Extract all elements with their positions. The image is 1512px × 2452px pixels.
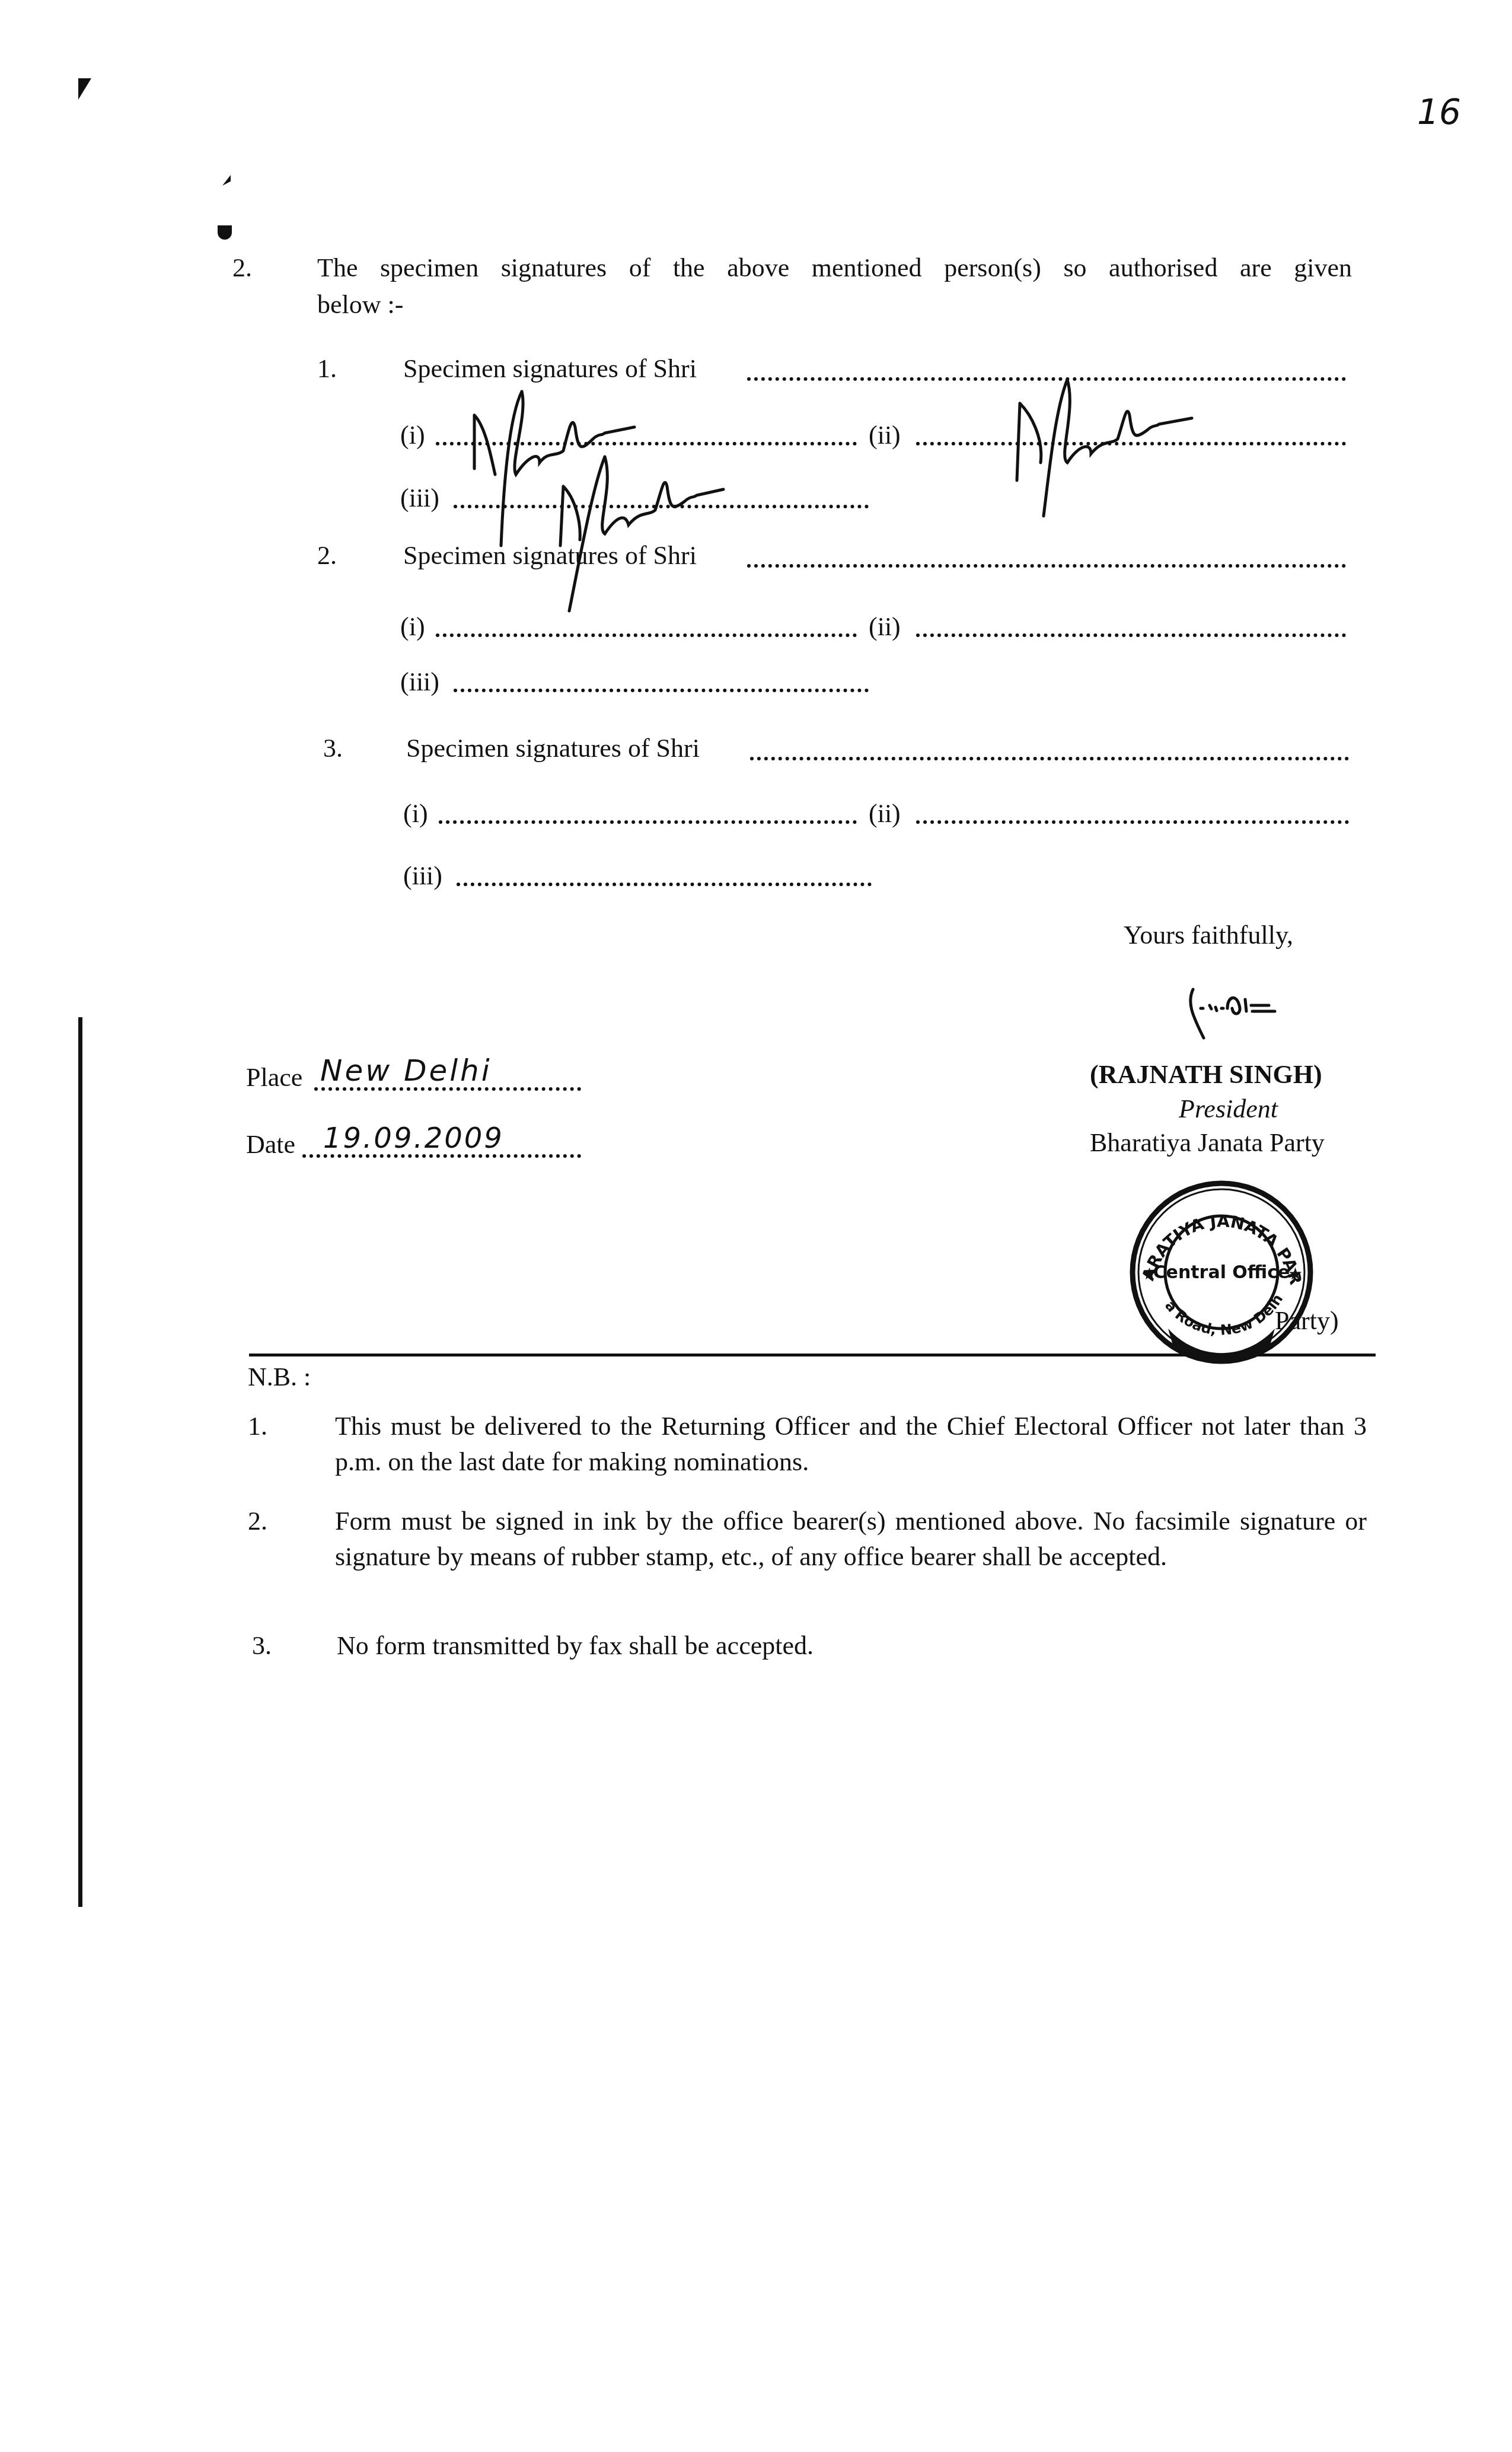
page-number: 16 — [1417, 92, 1461, 132]
specimen-3-slot-i-field[interactable] — [439, 820, 857, 824]
specimen-2-slot-iii-label: (iii) — [400, 669, 439, 695]
signatory-title: President — [1179, 1096, 1278, 1122]
specimen-2-slot-iii-field[interactable] — [454, 689, 869, 692]
specimen-3-slot-iii-field[interactable] — [457, 883, 872, 886]
scan-mark — [78, 78, 91, 100]
place-label: Place — [246, 1065, 302, 1091]
specimen-3-slot-i-label: (i) — [403, 801, 428, 827]
scan-mark — [222, 175, 231, 186]
intro-line-1: The specimen signatures of the above men… — [317, 255, 1352, 281]
party-seal-stamp: BHARATIYA JANATA PARTY 11, Ashoka Road, … — [1127, 1177, 1316, 1367]
specimen-3-label: Specimen signatures of Shri — [406, 735, 700, 762]
date-value: 19.09.2009 — [323, 1124, 504, 1152]
specimen-3-slot-ii-label: (ii) — [869, 801, 901, 827]
nb-item-1-number: 1. — [248, 1409, 267, 1444]
specimen-2-slot-i-field[interactable] — [436, 633, 857, 637]
stamp-center: Central Office — [1153, 1262, 1290, 1283]
nb-item-3-number: 3. — [252, 1628, 272, 1664]
nb-item-2-text: Form must be signed in ink by the office… — [335, 1504, 1367, 1575]
specimen-2-slot-ii-field[interactable] — [916, 633, 1346, 637]
star-icon: ★ — [1288, 1264, 1303, 1284]
specimen-2-name-field[interactable] — [747, 564, 1346, 568]
specimen-1-slot-iii-label: (iii) — [400, 485, 439, 511]
scan-edge-line — [78, 1017, 82, 1907]
signature-1-iii — [546, 451, 783, 617]
specimen-2-slot-ii-label: (ii) — [869, 614, 901, 640]
specimen-3-slot-ii-field[interactable] — [916, 820, 1349, 824]
nb-item-1-text: This must be delivered to the Returning … — [335, 1409, 1367, 1480]
specimen-2-number: 2. — [317, 543, 337, 569]
nb-heading: N.B. : — [248, 1364, 311, 1390]
specimen-1-slot-i-label: (i) — [400, 422, 425, 448]
specimen-3-number: 3. — [323, 735, 343, 762]
closing-salutation: Yours faithfully, — [1124, 922, 1293, 948]
signature-1-ii — [1008, 374, 1257, 552]
nb-item-3-text: No form transmitted by fax shall be acce… — [337, 1628, 814, 1664]
president-signature — [1186, 985, 1316, 1044]
section-divider — [249, 1354, 1376, 1356]
nb-item-2-number: 2. — [248, 1504, 267, 1539]
date-label: Date — [246, 1132, 295, 1158]
specimen-3-slot-iii-label: (iii) — [403, 863, 442, 889]
intro-number: 2. — [232, 255, 252, 281]
specimen-1-number: 1. — [317, 356, 337, 382]
specimen-3-name-field[interactable] — [750, 757, 1349, 760]
signatory-party: Bharatiya Janata Party — [1090, 1130, 1325, 1156]
specimen-1-slot-ii-label: (ii) — [869, 422, 901, 448]
intro-line-2: below :- — [317, 292, 403, 318]
specimen-2-label: Specimen signatures of Shri — [403, 543, 697, 569]
place-value: New Delhi — [320, 1056, 492, 1085]
signatory-name: (RAJNATH SINGH) — [1090, 1062, 1322, 1088]
scan-mark — [218, 225, 232, 240]
specimen-1-label: Specimen signatures of Shri — [403, 356, 697, 382]
specimen-2-slot-i-label: (i) — [400, 614, 425, 640]
